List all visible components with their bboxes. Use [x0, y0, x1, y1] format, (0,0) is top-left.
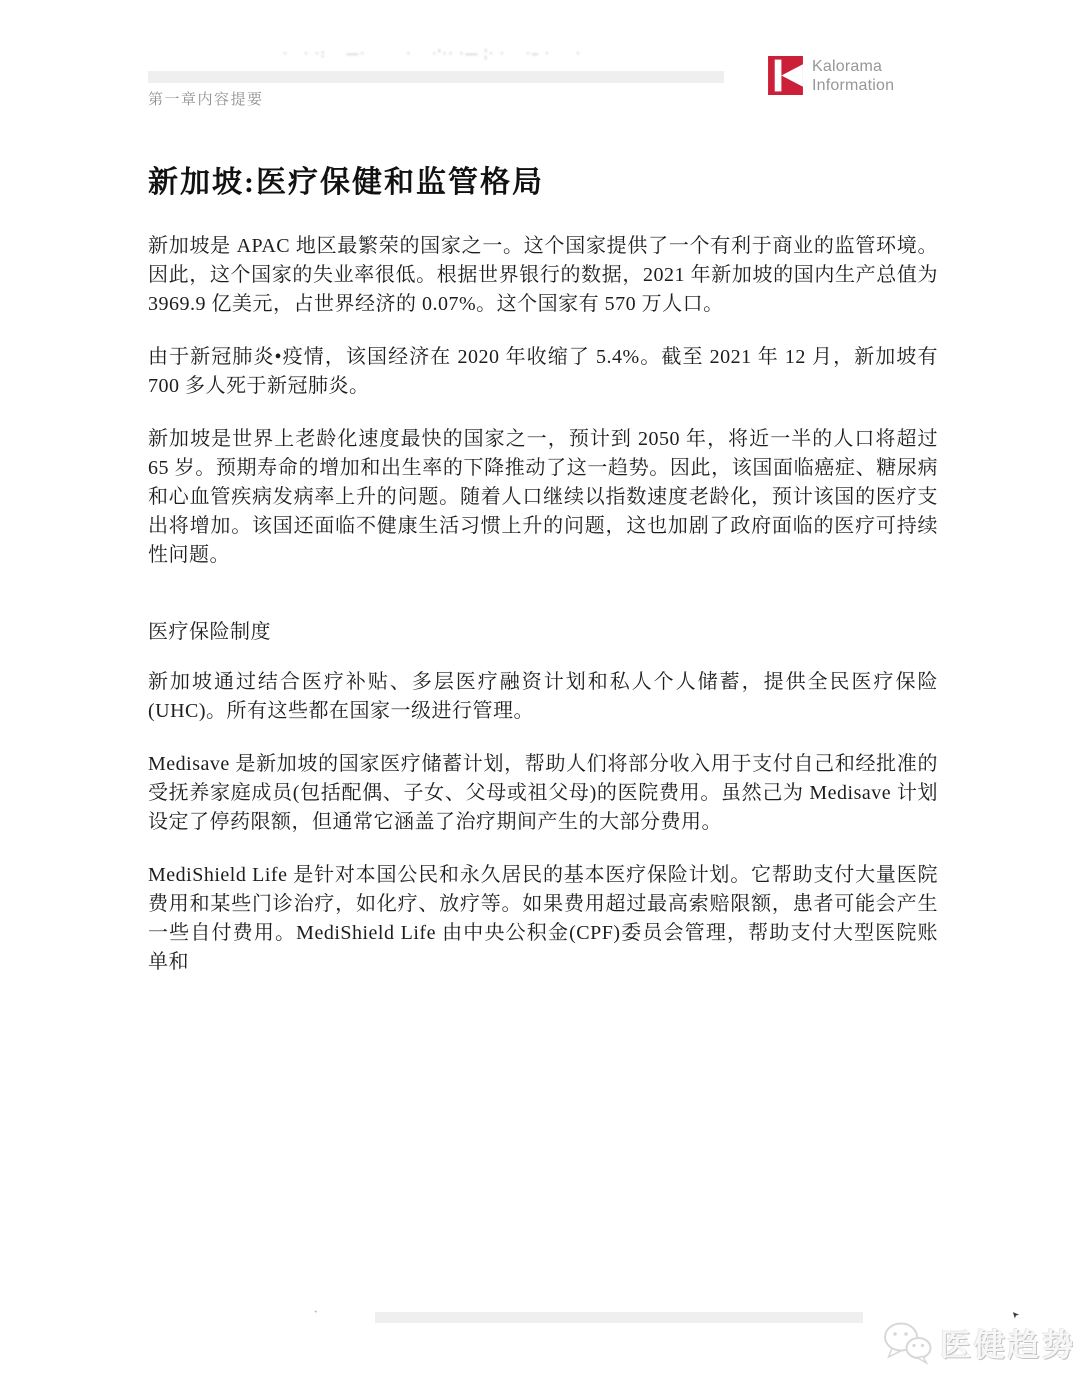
watermark-label: 医健趋势: [940, 1320, 1076, 1365]
header-divider-bar: [148, 71, 724, 83]
paragraph-aging: 新加坡是世界上老龄化速度最快的国家之一，预计到 2050 年，将近一半的人口将超…: [148, 425, 938, 570]
paragraph-uhc: 新加坡通过结合医疗补贴、多层医疗融资计划和私人个人储蓄，提供全民医疗保险(UHC…: [148, 668, 938, 726]
logo-line2: Information: [812, 77, 894, 96]
document-page: · · ·: —· · ·'·· ·— ¦· · ·– · · 第一章内容提要 …: [0, 0, 1080, 1396]
cursor-arrow-mark: ➤: [1010, 1308, 1022, 1320]
chapter-label: 第一章内容提要: [148, 88, 264, 109]
footer-divider-bar: [375, 1312, 863, 1323]
paragraph-overview: 新加坡是 APAC 地区最繁荣的国家之一。这个国家提供了一个有利于商业的监管环境…: [148, 232, 938, 319]
paragraph-medisave: Medisave 是新加坡的国家医疗储蓄计划，帮助人们将部分收入用于支付自己和经…: [148, 750, 938, 837]
kalorama-logo: Kalorama Information: [768, 56, 894, 95]
document-body: 新加坡:医疗保健和监管格局 新加坡是 APAC 地区最繁荣的国家之一。这个国家提…: [148, 166, 938, 1001]
logo-line1: Kalorama: [812, 58, 894, 77]
paragraph-medishield: MediShield Life 是针对本国公民和永久居民的基本医疗保险计划。它帮…: [148, 861, 938, 977]
kalorama-logo-icon: [768, 56, 803, 95]
blurred-text-remnant: · · ·: —· · ·'·· ·— ¦· · ·– · ·: [283, 46, 583, 61]
wechat-icon: [882, 1321, 932, 1365]
page-title: 新加坡:医疗保健和监管格局: [148, 166, 938, 199]
paragraph-covid: 由于新冠肺炎•疫情，该国经济在 2020 年收缩了 5.4%。截至 2021 年…: [148, 343, 938, 401]
kalorama-logo-text: Kalorama Information: [812, 56, 894, 95]
footer-dot: ·: [313, 1304, 318, 1322]
section-heading-insurance: 医疗保险制度: [148, 618, 938, 647]
wechat-watermark: 医健趋势: [882, 1320, 1076, 1365]
